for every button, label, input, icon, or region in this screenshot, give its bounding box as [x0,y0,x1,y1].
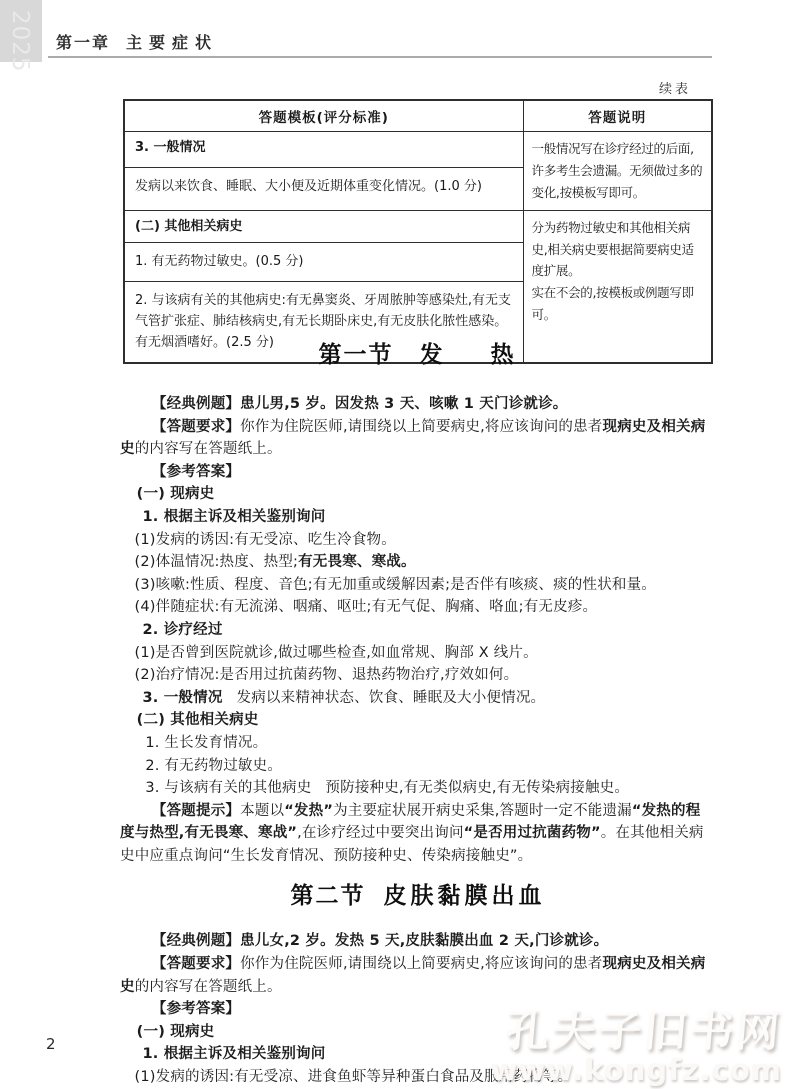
explanation-text: 分为药物过敏史和其他相关病史,相关病史要根据简要病史适度扩展。 [532,217,704,283]
section-title-bleeding: 第二节皮肤黏膜出血 [120,877,712,910]
item-c2: (2)治疗情况:是否用过抗菌药物、退热药物治疗,疗效如何。 [120,664,712,687]
chapter-header: 第一章主要症状 [56,30,218,53]
table-row: 3. 一般情况 一般情况写在诊疗经过的后面,许多考生会遗漏。无须做过多的变化,按… [124,132,712,168]
cell-other-history-heading: (二) 其他相关病史 [124,210,523,242]
heading-inquiry: 1. 根据主诉及相关鉴别询问 [120,506,712,529]
chapter-title: 主要症状 [126,33,218,52]
item-o3: 3. 与该病有关的其他病史预防接种史,有无类似病史,有无传染病接触史。 [120,777,712,800]
column-header-template: 答题模板(评分标准) [124,100,523,132]
hint-bold: “发热” [284,803,333,819]
paragraph-requirement: 【答题要求】你作为住院医师,请围绕以上简要病史,将应该询问的患者现病史及相关病史… [120,953,712,998]
section-name: 发热 [420,341,562,368]
item-text: 预防接种史,有无类似病史,有无传染病接触史。 [325,780,629,796]
item-o2: 2. 有无药物过敏史。 [120,755,712,778]
paragraph-example: 【经典例题】患儿男,5 岁。因发热 3 天、咳嗽 1 天门诊就诊。 [120,393,712,416]
hint-bold: “是否用过抗菌药物” [464,825,601,841]
watermark: 孔夫子旧书网 www.kongfz.com [491,1011,782,1085]
label-requirement: 【答题要求】 [152,419,240,435]
section-title-fever: 第一节发热 [120,336,712,369]
continued-table-label: 续表 [123,78,713,97]
hint-text: 本题以 [240,803,284,819]
cell-explanation-general: 一般情况写在诊疗经过的后面,许多考生会遗漏。无须做过多的变化,按模板写即可。 [523,132,712,211]
hint-text: ,在诊疗经过中要突出询问 [297,825,464,841]
requirement-text: 你作为住院医师,请围绕以上简要病史,将应该询问的患者 [240,419,602,435]
watermark-site-url: www.kongfz.com [491,1056,782,1085]
label-hint: 【答题提示】 [152,803,240,819]
heading-text: 3. 一般情况 [142,690,222,706]
chapter-number: 第一章 [56,33,110,52]
item-q4: (4)伴随症状:有无流涕、咽痛、呕吐;有无气促、胸痛、咯血;有无皮疹。 [120,596,712,619]
item-q1: (1)发病的诱因:有无受凉、吃生冷食物。 [120,529,712,552]
cell-general-heading: 3. 一般情况 [124,132,523,168]
heading-course: 2. 诊疗经过 [120,619,712,642]
general-text: 发病以来精神状态、饮食、睡眠及大小便情况。 [237,690,546,706]
requirement-text: 的内容写在答题纸上。 [135,979,282,995]
paragraph-requirement: 【答题要求】你作为住院医师,请围绕以上简要病史,将应该询问的患者现病史及相关病史… [120,416,712,461]
label-example: 【经典例题】 [152,933,240,949]
section-number: 第二节 [291,882,366,909]
section-number: 第一节 [319,341,394,368]
hint-text: 为主要症状展开病史采集,答题时一定不能遗漏 [333,803,632,819]
explanation-text: 一般情况写在诊疗经过的后面,许多考生会遗漏。无须做过多的变化,按模板写即可。 [532,138,704,204]
page-number: 2 [46,1035,56,1053]
item-q3: (3)咳嗽:性质、程度、音色;有无加重或缓解因素;是否伴有咳痰、痰的性状和量。 [120,574,712,597]
table-header-row: 答题模板(评分标准) 答题说明 [124,100,712,132]
year-label: 2025 [7,10,33,73]
section-name: 皮肤黏膜出血 [384,882,546,909]
example-text: 患儿女,2 岁。发热 5 天,皮肤黏膜出血 2 天,门诊就诊。 [240,933,608,949]
paragraph-hint: 【答题提示】本题以“发热”为主要症状展开病史采集,答题时一定不能遗漏“发热的程度… [120,800,712,868]
item-bold: 有无畏寒、寒战。 [298,554,416,570]
label-answer: 【参考答案】 [120,461,712,484]
table-row: (二) 其他相关病史 分为药物过敏史和其他相关病史,相关病史要根据简要病史适度扩… [124,210,712,242]
scoring-table: 答题模板(评分标准) 答题说明 3. 一般情况 一般情况写在诊疗经过的后面,许多… [123,99,713,364]
heading-current-history: (一) 现病史 [120,483,712,506]
label-example: 【经典例题】 [152,396,240,412]
heading-other-history: (二) 其他相关病史 [120,709,712,732]
item-text: 3. 与该病有关的其他病史 [145,780,311,796]
column-header-explanation: 答题说明 [523,100,712,132]
cell-general-content: 发病以来饮食、睡眠、大小便及近期体重变化情况。(1.0 分) [124,167,523,210]
paragraph-example: 【经典例题】患儿女,2 岁。发热 5 天,皮肤黏膜出血 2 天,门诊就诊。 [120,930,712,953]
book-page: 2025 第一章主要症状 续表 答题模板(评分标准) 答题说明 3. 一般情况 … [0,0,790,1089]
requirement-text: 的内容写在答题纸上。 [135,441,282,457]
year-tab: 2025 [0,0,42,62]
header-divider [48,56,712,58]
item-o1: 1. 生长发育情况。 [120,732,712,755]
item-text: (2)体温情况:热度、热型; [135,554,299,570]
cell-allergy-item: 1. 有无药物过敏史。(0.5 分) [124,243,523,281]
page-content: 第一节发热 【经典例题】患儿男,5 岁。因发热 3 天、咳嗽 1 天门诊就诊。 … [120,336,712,1089]
heading-general: 3. 一般情况发病以来精神状态、饮食、睡眠及大小便情况。 [120,687,712,710]
example-text: 患儿男,5 岁。因发热 3 天、咳嗽 1 天门诊就诊。 [240,396,567,412]
watermark-site-name: 孔夫子旧书网 [489,1011,784,1054]
item-c1: (1)是否曾到医院就诊,做过哪些检查,如血常规、胸部 X 线片。 [120,642,712,665]
item-q2: (2)体温情况:热度、热型;有无畏寒、寒战。 [120,551,712,574]
label-requirement: 【答题要求】 [152,956,240,972]
explanation-text: 实在不会的,按模板或例题写即可。 [532,282,704,326]
requirement-text: 你作为住院医师,请围绕以上简要病史,将应该询问的患者 [240,956,602,972]
